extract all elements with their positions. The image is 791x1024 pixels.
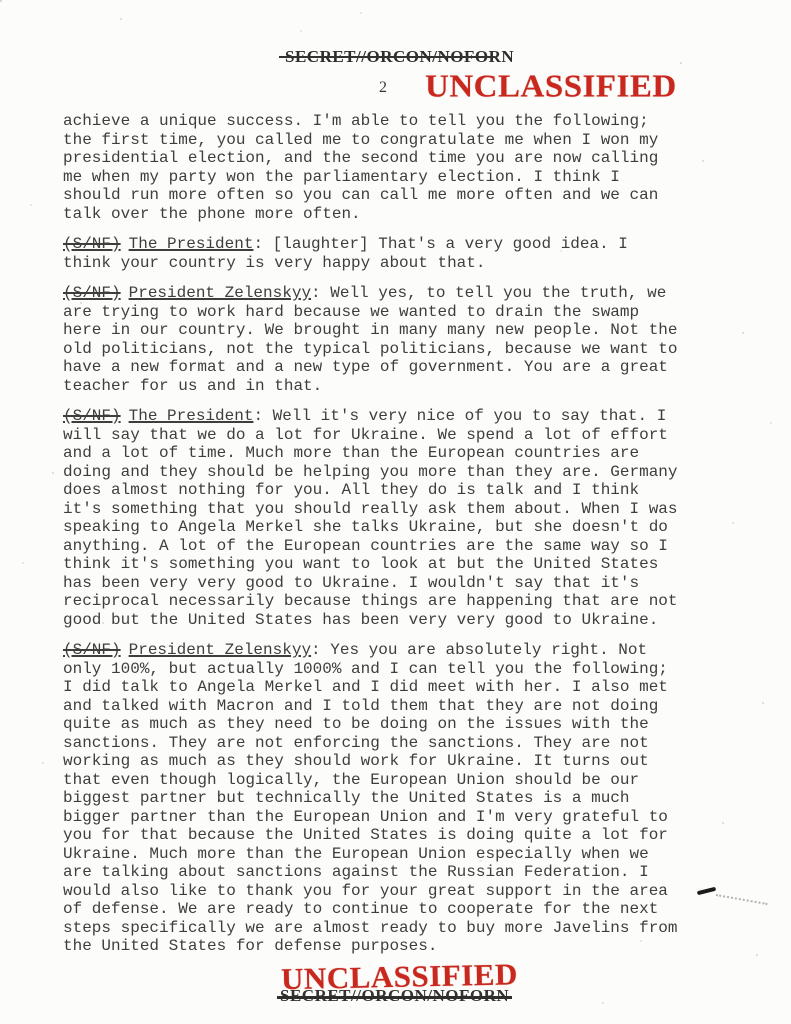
document-page: SECRET//ORCON/NOFORN 2 UNCLASSIFIED achi… <box>0 0 791 1024</box>
speaker-name: The President <box>129 235 254 253</box>
transcript-paragraph: (S/NF)The President: [laughter] That's a… <box>63 235 678 272</box>
header-strikethrough-line <box>279 56 495 58</box>
classification-marking: (S/NF) <box>58 235 129 253</box>
speaker-name: The President <box>129 407 254 425</box>
speaker-name: President Zelenskyy <box>129 284 311 302</box>
classification-marking: (S/NF) <box>58 641 129 659</box>
page-number: 2 <box>379 79 387 97</box>
speaker-name: President Zelenskyy <box>129 641 311 659</box>
transcript-paragraph: (S/NF)President Zelenskyy: Yes you are a… <box>63 641 678 956</box>
classification-marking: (S/NF) <box>58 284 129 302</box>
scan-noise-speckles <box>0 0 2 2</box>
transcript-paragraph: achieve a unique success. I'm able to te… <box>63 112 678 223</box>
pen-mark-trail <box>716 894 768 907</box>
classification-marking: (S/NF) <box>58 407 129 425</box>
transcript-paragraph: (S/NF)President Zelenskyy: Well yes, to … <box>63 284 678 395</box>
transcript-paragraph: (S/NF)The President: Well it's very nice… <box>63 407 678 629</box>
unclassified-stamp-top: UNCLASSIFIED <box>425 70 677 106</box>
pen-mark <box>697 887 716 895</box>
footer-strikethrough-line <box>277 996 512 999</box>
transcript-body: achieve a unique success. I'm able to te… <box>63 112 678 956</box>
unclassified-stamp-bottom: UNCLASSIFIED <box>281 957 519 997</box>
